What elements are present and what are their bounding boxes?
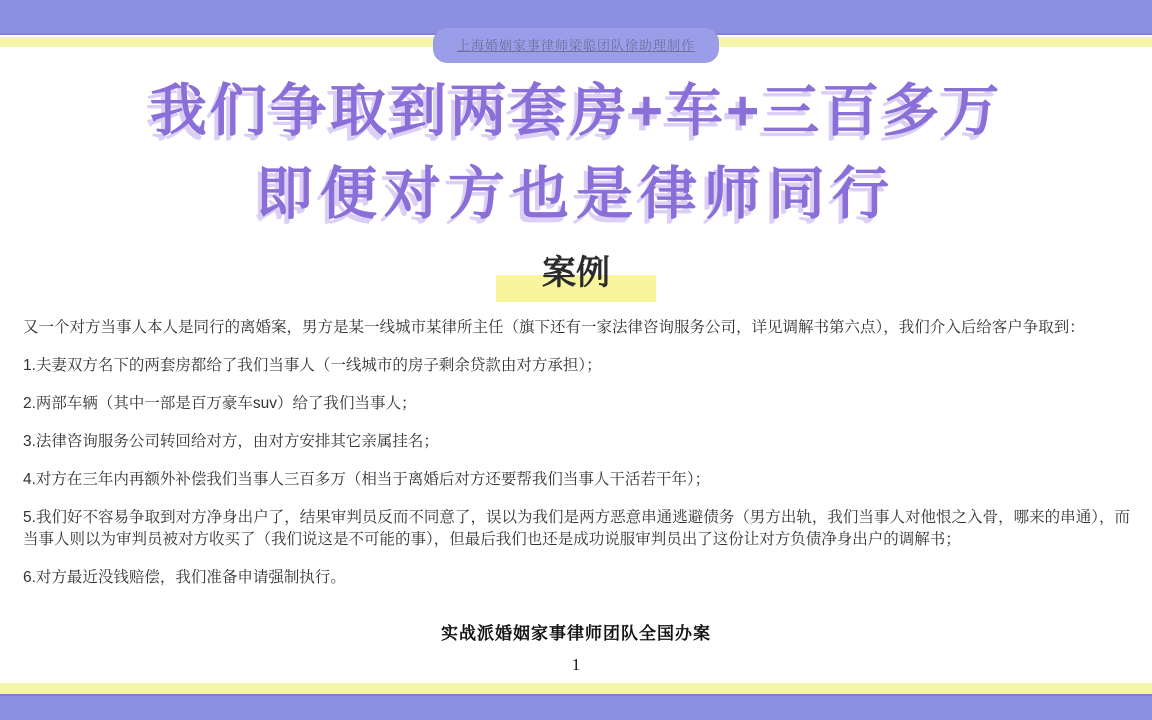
case-point-1: 1.夫妻双方名下的两套房都给了我们当事人（一线城市的房子剩余贷款由对方承担）； — [23, 355, 1130, 377]
page-title: 我们争取到两套房+车+三百多万 即便对方也是律师同行 — [0, 70, 1152, 236]
case-intro-paragraph: 又一个对方当事人本人是同行的离婚案，男方是某一线城市某律所主任（旗下还有一家法律… — [23, 317, 1130, 339]
bottom-yellow-stripe — [0, 683, 1152, 694]
footer-slogan: 实战派婚姻家事律师团队全国办案 — [0, 619, 1152, 644]
case-point-5: 5.我们好不容易争取到对方净身出户了，结果审判员反而不同意了，误以为我们是两方恶… — [23, 507, 1130, 551]
team-watermark-badge: 上海婚姻家事律师梁聪团队徐助理制作 — [433, 28, 719, 63]
page-number: 1 — [0, 655, 1152, 675]
section-heading-label: 案例 — [496, 243, 656, 302]
case-point-4: 4.对方在三年内再额外补偿我们当事人三百多万（相当于离婚后对方还要帮我们当事人干… — [23, 469, 1130, 491]
page-title-line1: 我们争取到两套房+车+三百多万 — [0, 70, 1152, 153]
page-title-line2: 即便对方也是律师同行 — [0, 153, 1152, 236]
slide-background: 上海婚姻家事律师梁聪团队徐助理制作 我们争取到两套房+车+三百多万 即便对方也是… — [0, 0, 1152, 720]
case-body: 又一个对方当事人本人是同行的离婚案，男方是某一线城市某律所主任（旗下还有一家法律… — [23, 317, 1130, 605]
case-point-6: 6.对方最近没钱赔偿，我们准备申请强制执行。 — [23, 567, 1130, 589]
bottom-decorative-bar — [0, 694, 1152, 720]
case-point-2: 2.两部车辆（其中一部是百万豪车suv）给了我们当事人； — [23, 393, 1130, 415]
case-point-3: 3.法律咨询服务公司转回给对方，由对方安排其它亲属挂名； — [23, 431, 1130, 453]
section-heading: 案例 — [0, 243, 1152, 302]
